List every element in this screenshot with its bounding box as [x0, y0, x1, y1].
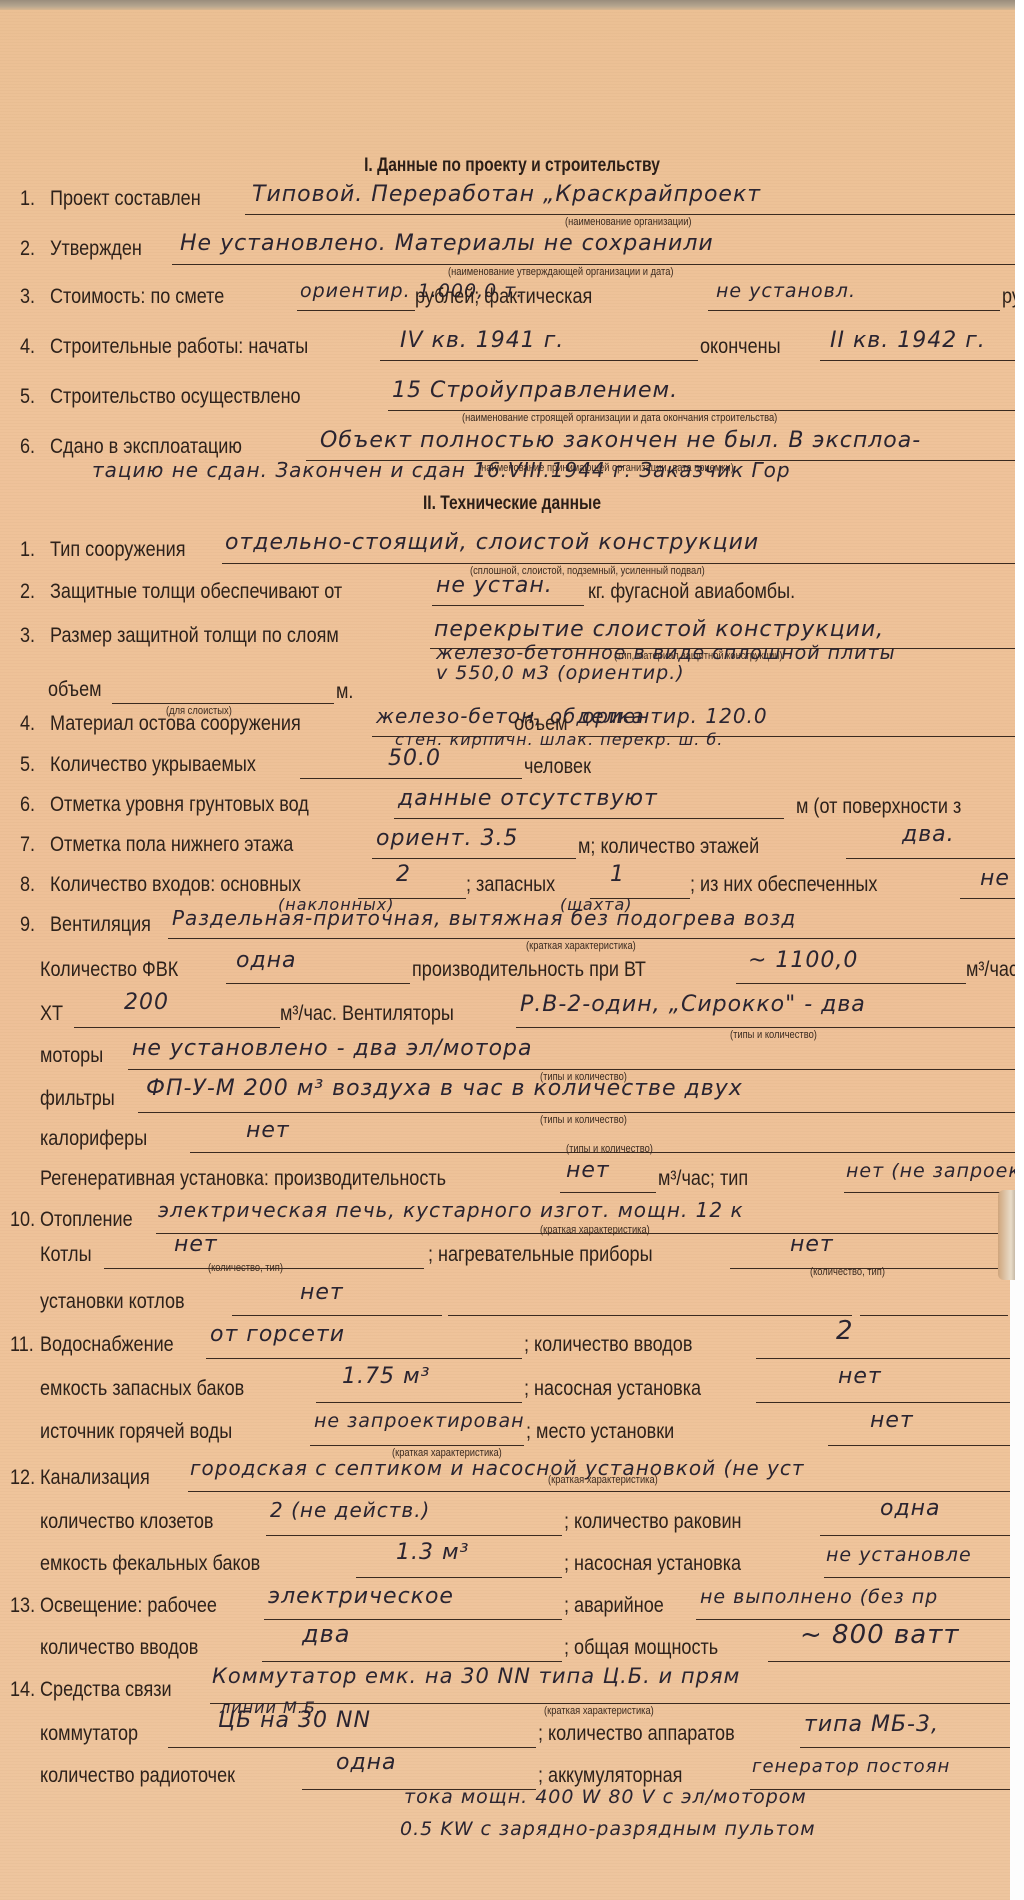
boiler-inst-label: установки котлов: [40, 1290, 185, 1314]
field-line: [372, 858, 576, 859]
fvk-label: Количество ФВК: [40, 958, 178, 982]
field-line: [394, 818, 784, 819]
field-line: [828, 1445, 1015, 1446]
s2-item4-num: 4.: [20, 712, 35, 736]
hint: (наименование строящей организации и дат…: [462, 412, 777, 424]
fans-label: м³/час. Вентиляторы: [280, 1002, 454, 1026]
hint: (типы и количество): [566, 1143, 653, 1155]
s2-item6-label: Отметка уровня грунтовых вод: [50, 793, 309, 817]
sheltered-unit: человек: [524, 755, 591, 779]
field-line: [172, 264, 1015, 265]
s2-item10-num: 10.: [10, 1208, 35, 1232]
s2-item8-label: Количество входов: основных: [50, 873, 301, 897]
regen-type-value: нет (не запроект: [846, 1160, 1015, 1182]
s2-item9-num: 9.: [20, 913, 35, 937]
s2-item8-num: 8.: [20, 873, 35, 897]
s1-item1-num: 1.: [20, 187, 35, 211]
field-line: [448, 1315, 852, 1316]
emergency-lighting-value: не выполнено (без пр: [700, 1586, 938, 1608]
communications-value: Коммутатор емк. на 30 NN типа Ц.Б. и пря…: [212, 1664, 740, 1688]
s2-item11-num: 11.: [10, 1333, 34, 1357]
xt-label: ХТ: [40, 1002, 63, 1026]
s1-item3-num: 3.: [20, 285, 35, 309]
sinks-value: одна: [880, 1496, 941, 1521]
devices-value: нет: [790, 1232, 834, 1257]
tanks-value: 1.75 м³: [342, 1364, 430, 1389]
power-label: ; общая мощность: [564, 1636, 718, 1660]
fans-value: Р.В-2-один, „Сирокко" - два: [520, 992, 866, 1017]
s2-item7-num: 7.: [20, 833, 35, 857]
field-line: [168, 938, 1015, 939]
scan-top-edge: [0, 0, 1015, 10]
s2-item2-num: 2.: [20, 580, 35, 604]
place-label: ; место установки: [526, 1420, 674, 1444]
water-pump-value: нет: [838, 1364, 882, 1389]
tanks-label: емкость запасных баков: [40, 1377, 244, 1401]
wc-value: 2 (не действ.): [270, 1498, 430, 1522]
hint: (типы и количество): [540, 1114, 627, 1126]
sewerage-value: городская с септиком и насосной установк…: [190, 1456, 804, 1480]
field-line: [388, 410, 1015, 411]
field-line: [210, 1703, 1015, 1704]
motors-value: не установлено - два эл/мотора: [132, 1036, 532, 1061]
field-line: [380, 360, 698, 361]
s1-item1-label: Проект составлен: [50, 187, 201, 211]
ventilation-value: Раздельная-приточная, вытяжная без подог…: [172, 906, 796, 930]
water-pump-label: ; насосная установка: [524, 1377, 701, 1401]
s2-item5-num: 5.: [20, 753, 35, 777]
s1-item4-num: 4.: [20, 335, 35, 359]
phones-value: типа МБ-3,: [804, 1712, 939, 1737]
works-end-value: II кв. 1942 г.: [830, 328, 986, 353]
fecal-pump-label: ; насосная установка: [564, 1552, 741, 1576]
works-start-value: IV кв. 1941 г.: [400, 328, 564, 353]
structure-type-value: отдельно-стоящий, слоистой конструкции: [225, 530, 759, 555]
s2-item7-label: Отметка пола нижнего этажа: [50, 833, 293, 857]
hint: (краткая характеристика): [544, 1705, 654, 1717]
s2-item10-label: Отопление: [40, 1208, 133, 1232]
fecal-pump-value: не установле: [826, 1544, 972, 1566]
water-inputs-value: 2: [836, 1316, 854, 1346]
layers-value: перекрытие слоистой конструкции,: [434, 617, 884, 642]
cost-actual-value: не установл.: [716, 280, 856, 302]
spare-label: ; запасных: [466, 873, 555, 897]
field-line: [356, 1577, 562, 1578]
field-line: [138, 1112, 1015, 1113]
regen-value: нет: [566, 1158, 610, 1183]
s2-item5-label: Количество укрываемых: [50, 753, 256, 777]
vt-label: производительность при ВТ: [412, 958, 646, 982]
battery-value-cont2: 0.5 KW с зарядно-разрядным пультом: [400, 1818, 816, 1840]
hot-water-value: не запроектирован: [314, 1410, 525, 1432]
field-line: [262, 1661, 562, 1662]
field-line: [226, 983, 410, 984]
floor-level-value: ориент. 3.5: [376, 826, 518, 851]
s2-item9-label: Вентиляция: [50, 913, 151, 937]
field-line: [860, 1315, 1008, 1316]
field-line: [708, 310, 1000, 311]
s2-item14-num: 14.: [10, 1678, 35, 1702]
s2-item13-num: 13.: [10, 1594, 35, 1618]
fecal-value: 1.3 м³: [396, 1540, 469, 1565]
s1-item6-label: Сдано в эксплоатацию: [50, 435, 242, 459]
field-line: [316, 1402, 522, 1403]
field-line: [560, 1192, 656, 1193]
commissioned-value: Объект полностью закончен не был. В эксп…: [320, 428, 921, 453]
field-line: [206, 1358, 522, 1359]
hint: (наименование утверждающей организации и…: [448, 266, 674, 278]
field-line: [846, 858, 1015, 859]
switchboard-label: коммутатор: [40, 1722, 138, 1746]
heating-value: электрическая печь, кустарного изгот. мо…: [158, 1198, 744, 1222]
groundwater-unit: м (от поверхности з: [796, 795, 961, 819]
filters-label: фильтры: [40, 1087, 115, 1111]
battery-value: генератор постоян: [752, 1756, 950, 1777]
field-line: [824, 1577, 1015, 1578]
s2-item14-label: Средства связи: [40, 1678, 172, 1702]
radio-value: одна: [336, 1750, 397, 1775]
field-line: [736, 983, 966, 984]
secured-label: ; из них обеспеченных: [690, 873, 877, 897]
sinks-label: ; количество раковин: [564, 1510, 742, 1534]
heaters-value: нет: [246, 1118, 290, 1143]
works-end-label: окончены: [700, 335, 781, 359]
field-line: [222, 563, 1015, 564]
phones-label: ; количество аппаратов: [538, 1722, 735, 1746]
field-line: [300, 778, 522, 779]
water-inputs-label: ; количество вводов: [524, 1333, 692, 1357]
hint: (типы и количество): [730, 1029, 817, 1041]
hint: (краткая характеристика): [540, 1224, 650, 1236]
section-1-title: I. Данные по проекту и строительству: [92, 155, 932, 177]
boilers-value: нет: [174, 1232, 218, 1257]
light-inputs-value: два: [302, 1620, 350, 1648]
field-line: [245, 214, 1015, 215]
regen-unit: м³/час; тип: [658, 1167, 748, 1191]
layers-value-cont: железо-бетонное в виде сплошной плиты: [436, 642, 896, 664]
cost-label3: ру: [1002, 285, 1015, 309]
regen-label: Регенеративная установка: производительн…: [40, 1167, 446, 1191]
hint: (количество, тип): [208, 1262, 283, 1274]
hint: (краткая характеристика): [526, 940, 636, 952]
heaters-label: калориферы: [40, 1127, 147, 1151]
boilers-label: Котлы: [40, 1243, 92, 1267]
section-2-title: II. Технические данные: [92, 493, 932, 515]
field-line: [74, 1027, 280, 1028]
hint: (количество, тип): [810, 1266, 885, 1278]
spare-entrances-value: 1: [610, 862, 625, 887]
s2-item3-num: 3.: [20, 624, 35, 648]
field-line: [128, 1069, 1015, 1070]
fvk-value: одна: [236, 948, 297, 973]
field-line: [188, 1491, 1015, 1492]
vt-value: ~ 1100,0: [748, 948, 858, 973]
s1-item3-label: Стоимость: по смете: [50, 285, 224, 309]
field-line: [297, 310, 415, 311]
field-line: [516, 1027, 1015, 1028]
work-lighting-value: электрическое: [268, 1584, 454, 1609]
s1-item4-label: Строительные работы: начаты: [50, 335, 308, 359]
field-line: [960, 898, 1015, 899]
field-line: [168, 1747, 536, 1748]
floors-label: м; количество этажей: [578, 835, 759, 859]
s2-item4-label: Материал остова сооружения: [50, 712, 301, 736]
radio-label: количество радиоточек: [40, 1764, 235, 1788]
s2-item12-num: 12.: [10, 1466, 35, 1490]
s1-item5-num: 5.: [20, 385, 35, 409]
frame-material-cont: стен. кирпичн. шлак. перекр. ш. б.: [395, 730, 723, 749]
hint: (наименование организации): [565, 216, 692, 228]
s2-item2-label: Защитные толщи обеспечивают от: [50, 580, 342, 604]
torn-page-edge: [998, 1190, 1015, 1280]
groundwater-value: данные отсутствуют: [398, 786, 658, 811]
vt-unit: м³/час: [966, 958, 1015, 982]
water-supply-value: от горсети: [210, 1322, 345, 1347]
place-value: нет: [870, 1408, 914, 1433]
frame-volume-value: ориентир. 120.0: [582, 704, 768, 728]
s2-item1-num: 1.: [20, 538, 35, 562]
field-line: [310, 1445, 524, 1446]
power-value: ~ 800 ватт: [800, 1620, 960, 1650]
scan-background: [1010, 1280, 1024, 1900]
field-line: [756, 1358, 1015, 1359]
s1-item6-num: 6.: [20, 435, 35, 459]
approved-value: Не установлено. Материалы не сохранили: [180, 231, 714, 256]
bomb-label2: кг. фугасной авиабомбы.: [588, 580, 795, 604]
floors-value: два.: [902, 822, 955, 847]
s2-item3-label: Размер защитной толщи по слоям: [50, 624, 339, 648]
hot-water-label: источник горячей воды: [40, 1420, 232, 1444]
motors-label: моторы: [40, 1044, 103, 1068]
field-line: [820, 360, 1015, 361]
s2-item11-label: Водоснабжение: [40, 1333, 174, 1357]
field-line: [844, 1192, 1015, 1193]
secured-value: не: [980, 866, 1010, 891]
light-inputs-label: количество вводов: [40, 1636, 198, 1660]
project-author-value: Типовой. Переработан „Краскрайпроект: [252, 182, 761, 207]
devices-label: ; нагревательные приборы: [428, 1243, 653, 1267]
field-line: [112, 703, 334, 704]
field-line: [756, 1402, 1015, 1403]
field-line: [232, 1315, 442, 1316]
wc-label: количество клозетов: [40, 1510, 214, 1534]
battery-label: ; аккумуляторная: [538, 1764, 682, 1788]
cost-label2: рублей; фактическая: [415, 285, 592, 309]
builder-value: 15 Стройуправлением.: [392, 378, 678, 403]
field-line: [800, 1747, 1015, 1748]
s1-item2-label: Утвержден: [50, 237, 142, 261]
field-line: [266, 1535, 562, 1536]
hint: (краткая характеристика): [548, 1474, 658, 1486]
sheltered-value: 50.0: [388, 746, 441, 771]
s2-item1-label: Тип сооружения: [50, 538, 185, 562]
fecal-label: емкость фекальных баков: [40, 1552, 260, 1576]
filters-value: ФП-У-М 200 м³ воздуха в час в количестве…: [146, 1076, 743, 1101]
s2-item6-num: 6.: [20, 793, 35, 817]
document-page: I. Данные по проекту и строительству 1. …: [0, 0, 1015, 1900]
field-line: [432, 605, 584, 606]
s2-item12-label: Канализация: [40, 1466, 150, 1490]
xt-value: 200: [124, 990, 169, 1015]
s1-item2-num: 2.: [20, 237, 35, 261]
bomb-protection-value: не устан.: [436, 573, 553, 598]
battery-value-cont: тока мощн. 400 W 80 V с эл/мотором: [404, 1786, 807, 1808]
emergency-label: ; аварийное: [564, 1594, 664, 1618]
boiler-inst-value: нет: [300, 1280, 344, 1305]
switchboard-value: ЦБ на 30 NN: [218, 1708, 371, 1733]
volume-unit: м.: [336, 680, 353, 704]
field-line: [820, 1535, 1015, 1536]
layers-value-cont2: v 550,0 м3 (ориентир.): [436, 662, 685, 684]
main-entrances-value: 2: [396, 862, 411, 887]
s1-item5-label: Строительство осуществлено: [50, 385, 301, 409]
commissioned-value-cont: тацию не сдан. Закончен и сдан 16.VIII.1…: [92, 458, 791, 482]
field-line: [768, 1661, 1015, 1662]
volume-label: объем: [48, 678, 102, 702]
s2-item13-label: Освещение: рабочее: [40, 1594, 217, 1618]
